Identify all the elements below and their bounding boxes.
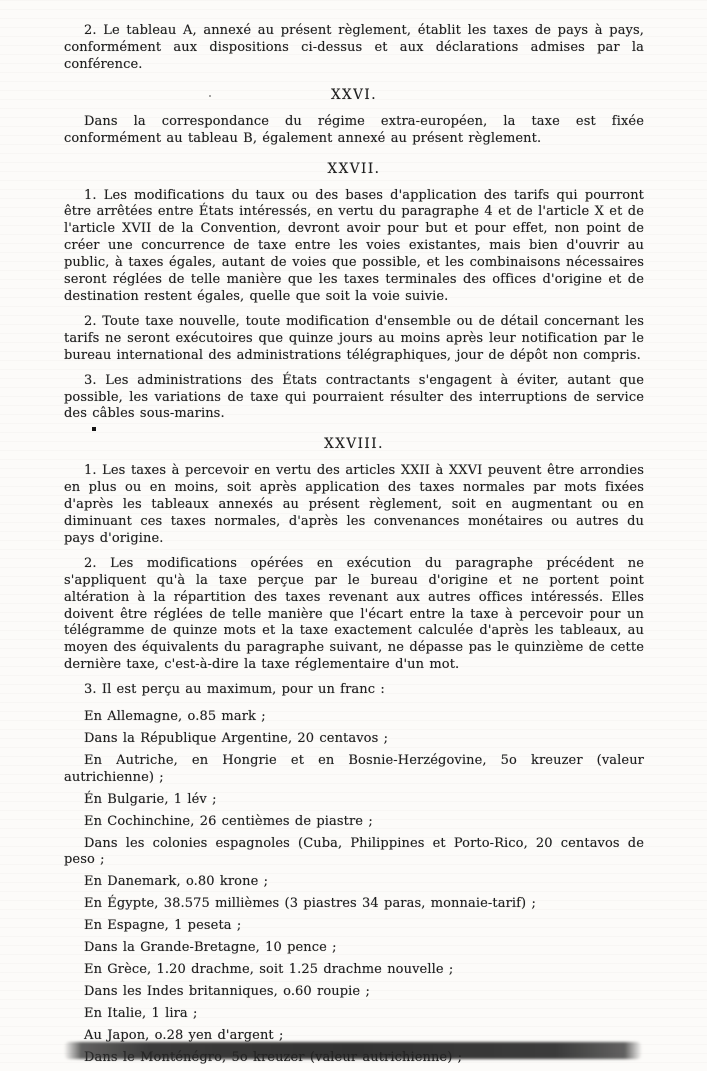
article-heading-xxvi: XXVI. <box>64 87 644 103</box>
paragraph-xxvi-1: Dans la correspondance du régime extra-e… <box>64 114 644 148</box>
paragraph-xxviii-3: 3. Il est perçu au maximum, pour un fran… <box>64 682 644 699</box>
next-page-edge-shadow <box>64 1042 642 1059</box>
article-heading-xxvii: XXVII. <box>64 161 644 177</box>
equivalent-item-cochinchine: En Cochinchine, 26 centièmes de piastre … <box>64 814 644 831</box>
page-text-block: 2. Le tableau A, annexé au présent règle… <box>64 23 644 1071</box>
equivalent-item-colonies-espagnoles: Dans les colonies espagnoles (Cuba, Phil… <box>64 836 644 870</box>
equivalent-item-autriche: En Autriche, en Hongrie et en Bosnie-Her… <box>64 753 644 787</box>
paragraph-xxviii-2: 2. Les modifications opérées en exécutio… <box>64 556 644 674</box>
equivalent-item-indes-britanniques: Dans les Indes britanniques, o.60 roupie… <box>64 984 644 1001</box>
paragraph-xxvii-2: 2. Toute taxe nouvelle, toute modificati… <box>64 314 644 365</box>
equivalent-item-espagne: En Espagne, 1 peseta ; <box>64 918 644 935</box>
scanned-page: 2. Le tableau A, annexé au présent règle… <box>0 0 707 1071</box>
equivalent-item-grande-bretagne: Dans la Grande-Bretagne, 10 pence ; <box>64 940 644 957</box>
equivalent-item-argentine: Dans la République Argentine, 20 centavo… <box>64 731 644 748</box>
scan-speck <box>209 95 211 97</box>
equivalent-item-bulgarie: Én Bulgarie, 1 lév ; <box>64 792 644 809</box>
equivalent-item-grece: En Grèce, 1.20 drachme, soit 1.25 drachm… <box>64 962 644 979</box>
paragraph-xxvii-3: 3. Les administrations des États contrac… <box>64 373 644 424</box>
equivalent-item-danemark: En Danemark, o.80 krone ; <box>64 874 644 891</box>
paragraph-tableau-a: 2. Le tableau A, annexé au présent règle… <box>64 23 644 74</box>
article-heading-xxviii: XXVIII. <box>64 436 644 452</box>
equivalent-item-allemagne: En Allemagne, o.85 mark ; <box>64 709 644 726</box>
equivalent-item-egypte: En Égypte, 38.575 millièmes (3 piastres … <box>64 896 644 913</box>
paragraph-xxvii-1: 1. Les modifications du taux ou des base… <box>64 188 644 306</box>
paragraph-xxviii-1: 1. Les taxes à percevoir en vertu des ar… <box>64 463 644 548</box>
ink-blot-artifact <box>92 427 96 431</box>
equivalent-item-italie: En Italie, 1 lira ; <box>64 1006 644 1023</box>
